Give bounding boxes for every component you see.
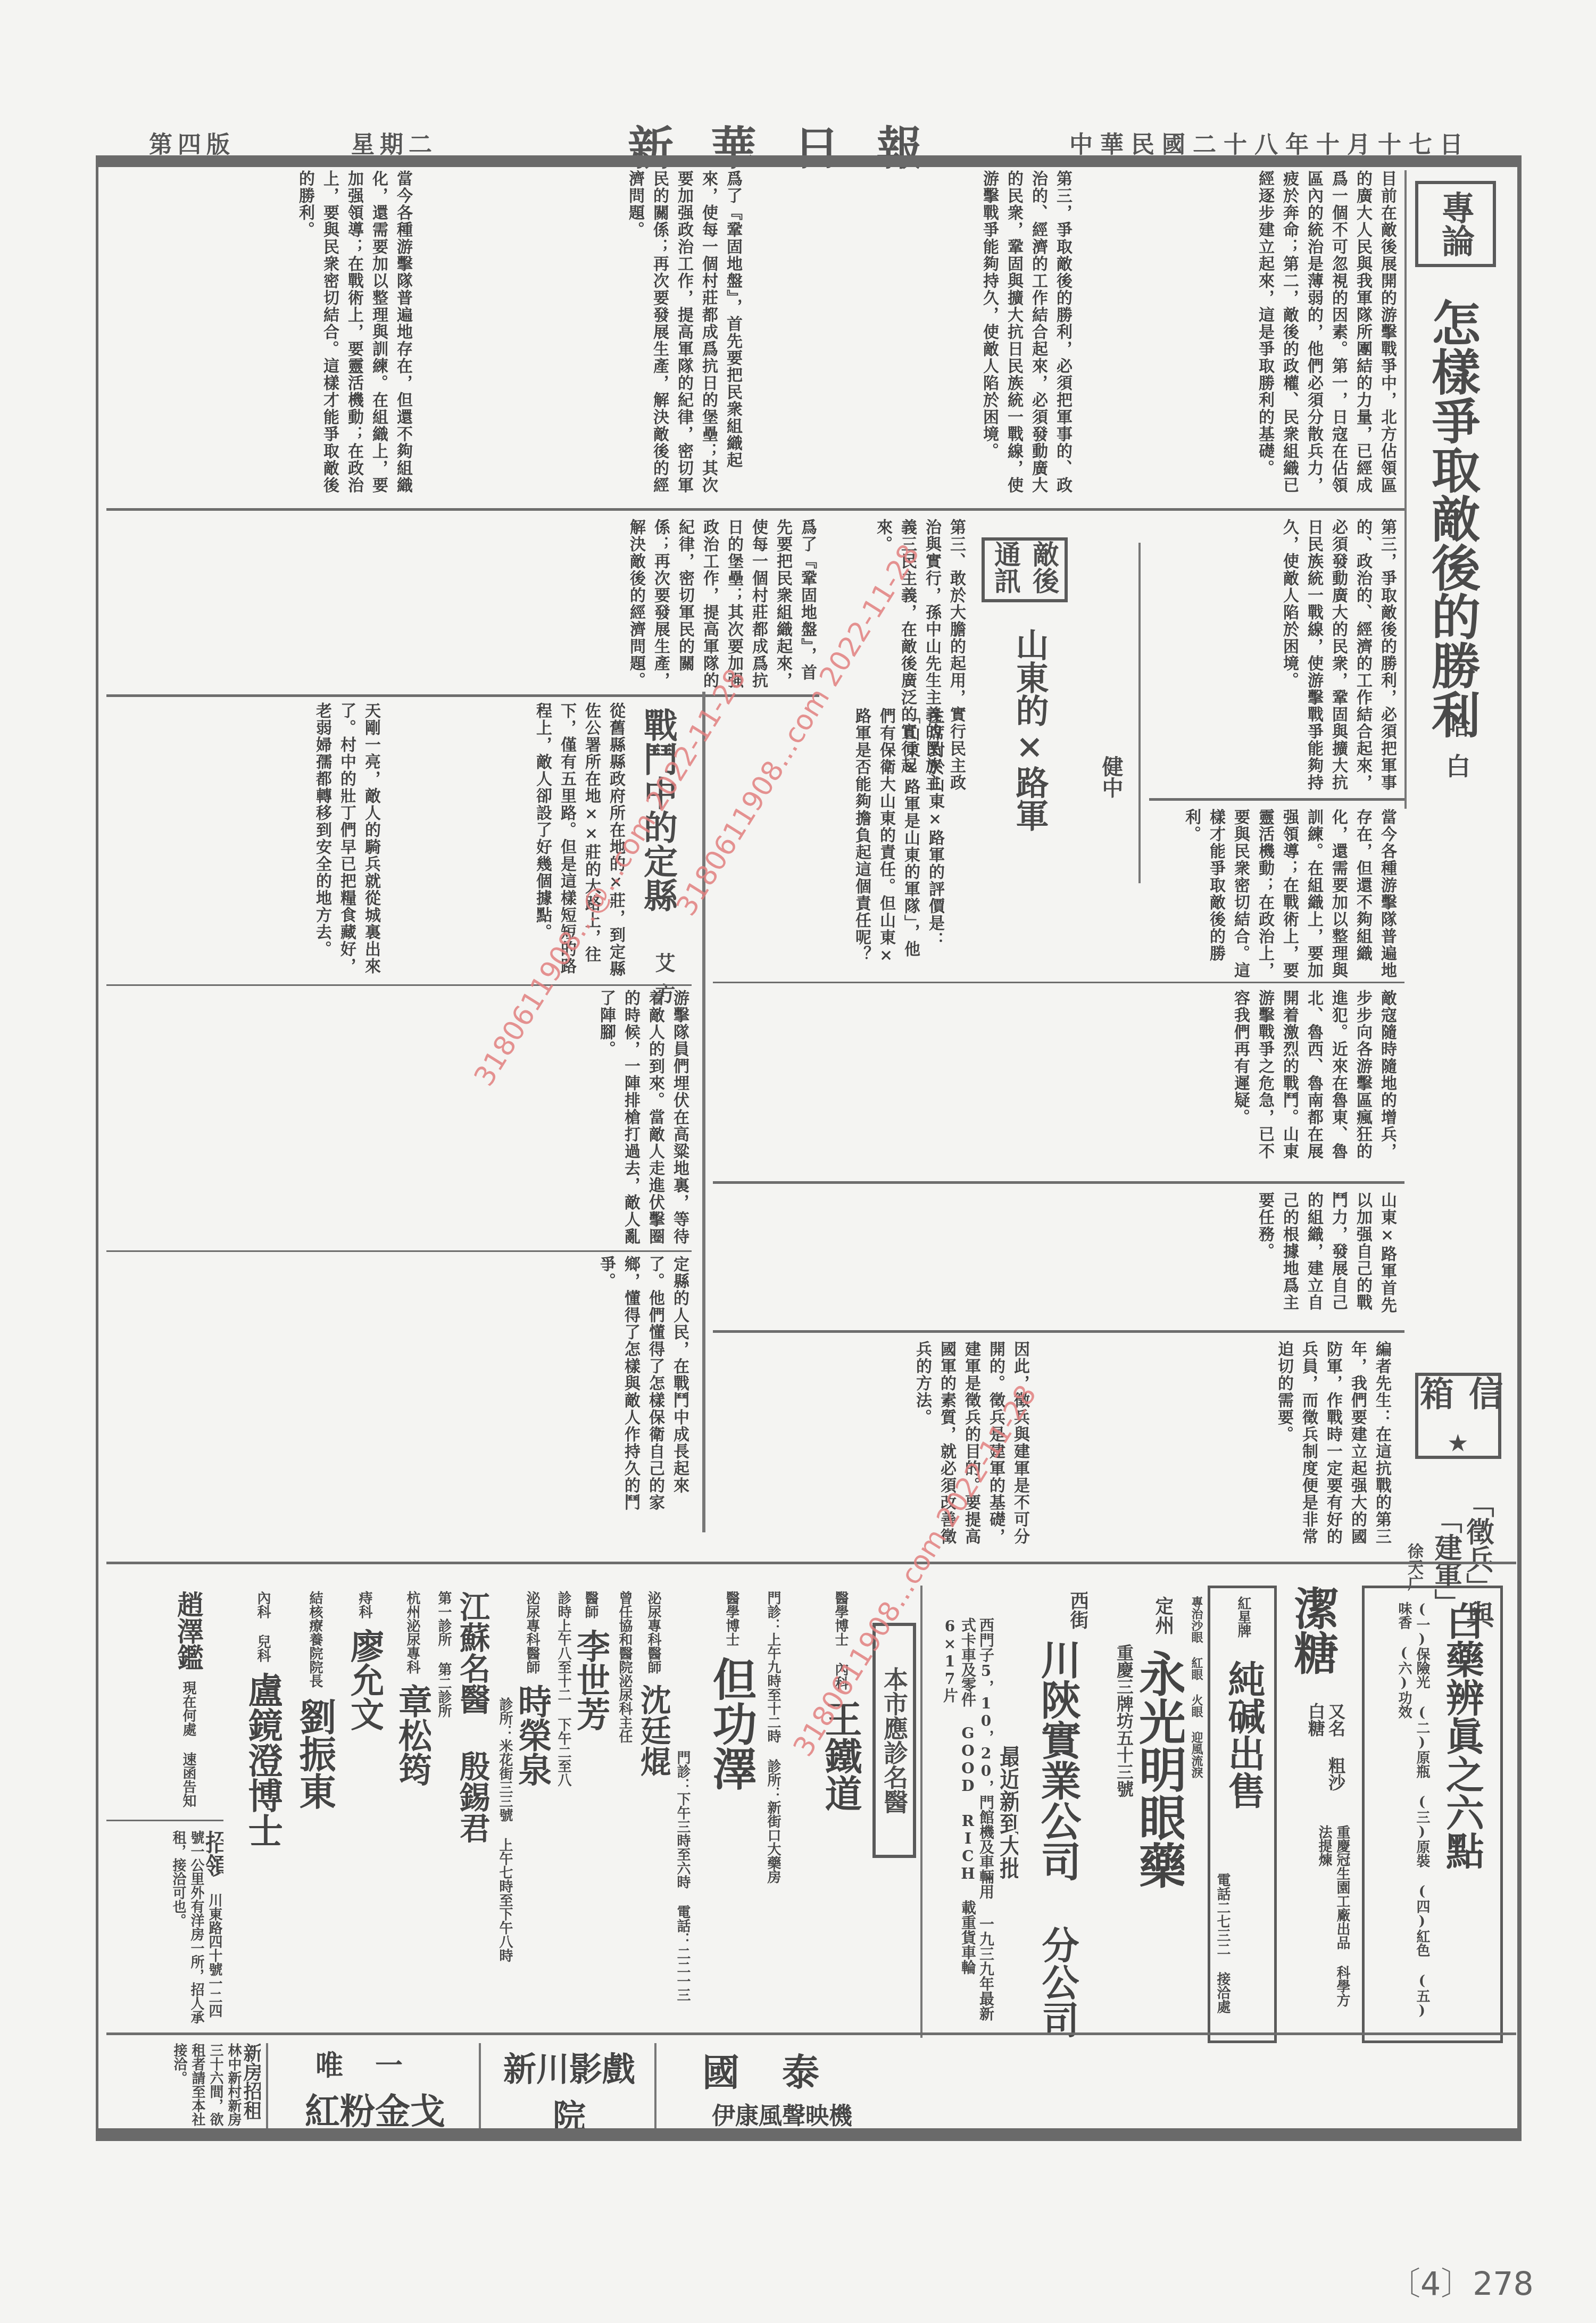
ads-divider-3 [479,2043,481,2128]
ad-ss-addr: 重慶三牌坊五十三號 [1112,1644,1133,1910]
ad-lipstick: 唯一 紅粉金戈 [277,2043,473,2128]
physician-note: 診時上午八至十二 下午二至八 [553,1591,572,2017]
physician-ad: 江蘇名醫 殷錫君 [452,1591,489,2017]
header-rule [96,155,1522,167]
ad-ss-name: 川陝實業公司 [1032,1639,1083,1881]
ads-divider-4 [266,2043,268,2128]
correspondence-body-4: 山東×路軍首先以加强自己的戰鬥力，發展自己的組織，建立自己的根據地爲主要任務。 [713,1192,1399,1325]
ad-projector: 國泰 伊康風聲映機 [665,2043,899,2128]
correspondence-body-3: 敵寇隨時隨地的增兵，步步向各游擊區瘋狂的進犯。近來在魯東、魯北、魯西、魯南都在展… [713,990,1399,1171]
rental-body: 林中新村新房三十六間，欲租者請至本社接洽。 [171,2043,242,2126]
mailbox-author: 徐天广 [1402,1543,1425,1591]
projector-product: 伊康風聲映機 [665,2097,899,2128]
editorial-body-5: 爲了『鞏固地盤』，首先要把民衆組織起來，使每一個村莊都成爲抗日的堡壘；其次要加强… [106,519,819,694]
physician-name: 江蘇名醫 殷錫君 [454,1591,489,1843]
physician-list: 醫學博士 內科 王鐵道 門診：上午九時至十二時 診所：新街口大藥房 醫學博士 但… [223,1591,862,2027]
missing-name: 趙澤鑑 [173,1591,204,1671]
physician-note: 診所：米花街三三號 上午七時至下午八時 [495,1697,514,2017]
star-icon: ★ [1446,1431,1471,1456]
correspondence-body-2: 主席對於山東×路軍的評價是：「山東×路軍是山東的軍隊」，他們有保衛大山東的責任。… [713,708,947,974]
ad-ss-branch: 分公司 [1032,1926,1083,2038]
corr-rule-0 [713,982,1404,983]
correspondence-title: 山東的×路軍 [1011,628,1048,832]
editorial-body-3: 爲了『鞏固地盤』，首先要把民衆組織起來，使每一個村莊都成爲抗日的堡壘；其次要加强… [426,170,745,500]
page-number: 〔4〕278 [1389,2259,1534,2304]
ad-soda-note: 電話二七三二 接洽處 [1210,1873,1232,2032]
physician-ad: 醫學博士 但功澤 [692,1591,755,2017]
ad-eyedrops-origin: 定州 [1154,1596,1173,1635]
feature-rule-1 [106,984,692,986]
ads-mid-rule [106,2032,1516,2035]
feature-body-1: 從舊縣縣政府所在地的×莊，到定縣佐公署所在地××莊的大路上，往下，僅有五里路。但… [394,702,628,979]
physician-ad: 泌尿專科醫師 時榮泉 [513,1591,551,2017]
physician-note: 第一診所 第二診所 [434,1591,453,2017]
masthead: 新華日報 [628,112,960,178]
physician-name: 章松筠 [394,1684,431,1786]
ad-recruit: 招領 川東路四十號一二四號一公里外有洋房一所，招人承租，接洽可也。 [106,1830,223,2027]
lipstick-name: 紅粉金戈 [277,2083,473,2128]
physician-note: 門診：上午九時至十二時 診所：新街口大藥房 [761,1591,782,2017]
physician-name: 但功澤 [705,1656,755,1790]
footer-rule [96,2128,1522,2141]
physician-ad: 醫師 李世芳 [572,1591,609,2017]
physician-title: 結核療養院院長 [307,1591,323,1688]
ads-divider-1 [920,1586,922,2038]
ad-cinema: 新川影戲院 啓事 [489,2043,649,2128]
edition-label: 第四版 [149,126,235,160]
ad-baiyao-note: (一)保險光 (二)原瓶 (三)原裝 (四)紅色 (五)味香 (六)功效 [1373,1602,1431,2027]
physician-name: 盧鏡澄博士 [242,1672,282,1848]
editorial-title: 怎樣爭取敵後的勝利 [1426,298,1479,739]
ad-eyedrops-note: 專治沙眼 紅眼 火眼 迎風流淚 [1186,1596,1206,2022]
editorial-body-6: 當今各種游擊隊普遍地存在，但還不夠組織化，還需要加以整理與訓練。在組織上，要加强… [958,809,1399,979]
ad-sugar-alias: 又名 粗沙 白糖 [1287,1703,1346,1809]
feature-body-4: 定縣的人民，在戰鬥中成長起來了。他們懂得了怎樣保衛自己的家鄉，懂得了怎樣與敵人作… [106,1256,692,1522]
missing-note: 現在何處 速函告知 [180,1681,196,1807]
physician-title: 泌尿專科醫師 [645,1591,661,1674]
physician-title: 醫學博士 [724,1591,739,1646]
corr-rule-1 [713,1181,1404,1184]
ad-eyedrops-name: 永光明眼藥 [1133,1649,1184,1889]
editorial-label: 專論 [1415,181,1496,267]
physician-name: 李世芳 [572,1629,609,1731]
weekday-label: 星期二 [351,126,437,160]
editorial-author: 哈白 [1439,713,1474,794]
feature-divider [702,692,705,1532]
projector-brand: 國泰 [665,2043,899,2097]
ad-sugar-name: 潔糖 [1287,1586,1339,1675]
page-border-left [96,155,98,2135]
page-border-right [1517,155,1522,2135]
mailbox-label: 信箱 ★ [1415,1373,1501,1459]
ads-divider-2 [654,2043,656,2128]
feature-rule-2 [106,1250,692,1252]
physician-title: 醫師 [583,1591,598,1619]
editorial-divider [1404,170,1407,809]
physician-ad: 結核療養院院長 劉振東 [293,1591,335,2017]
editorial-body-4: 當今各種游擊隊普遍地存在，但還不夠組織化，還需要加以整理與訓練。在組織上，要加强… [106,170,415,500]
correspondence-author: 健中 [1096,756,1126,798]
corr-rule-2 [713,1330,1404,1333]
physician-title: 泌尿專科醫師 [524,1591,540,1674]
recruit-rule [106,1820,223,1821]
band-rule-1 [106,508,1404,511]
ad-missing-person: 趙澤鑑 現在何處 速函告知 [128,1591,207,1814]
ads-top-rule [106,1562,1516,1564]
ad-soda-brand: 紅星牌 [1234,1596,1252,1638]
physician-ad: 泌尿專科醫師 沈廷焜 [633,1591,670,2017]
rental-title: 新房招租 [240,2043,261,2120]
physician-name: 劉振東 [293,1698,335,1810]
physician-ad: 杭州泌尿專科 章松筠 [394,1591,431,2017]
correspondence-label: 敵後通訊 [982,537,1068,602]
physician-title: 杭州泌尿專科 [404,1591,420,1674]
ad-soda-name: 純碱出售 [1218,1660,1269,1809]
physician-title: 內科 兒科 [255,1591,271,1662]
feature-body-2: 天剛一亮，敵人的騎兵就從城裏出來了。村中的壯丁們早已把糧食藏好，老弱婦孺都轉移到… [106,702,383,979]
ad-rental: 新房招租 林中新村新房三十六間，欲租者請至本社接洽。 [106,2043,261,2128]
ad-sugar-note: 重慶冠生園工廠出品 科學方法提煉 [1287,1825,1351,2017]
ad-ss-note: 西門子5，10，20，門館機及車輛用 一九三九年最新式卡車及零件 GOOD RI… [931,1617,995,2022]
physician-name: 時榮泉 [513,1684,551,1786]
feature-body-3: 游擊隊員們埋伏在高粱地裏，等待着敵人的到來。當敵人走進伏擊圈的時候，一陣排槍打過… [106,990,692,1245]
physician-ad: 內科 兒科 盧鏡澄博士 [239,1591,282,2017]
ad-ss-tag: 最近新到大批 [1000,1745,1018,1879]
band-rule-2b [1149,798,1404,801]
physician-name: 沈廷焜 [635,1684,670,1777]
physician-note: 門診：下午三時至六時 電話：二二一三 [670,1750,692,2017]
date-label: 中華民國二十八年十月十七日 [1069,126,1470,160]
lipstick-prefix: 唯一 [277,2043,473,2083]
physician-title: 痔科 [356,1591,372,1619]
physician-name: 廖允文 [346,1629,383,1731]
recruit-label: 招領 [201,1830,223,1877]
cinema-name: 新川影戲院 [489,2043,649,2128]
editorial-body-2: 第三，爭取敵後的勝利，必須把軍事的、政治的、經濟的工作結合起來，必須發動廣大的民… [755,170,1075,500]
editorial-body-cont: 第三，爭取敵後的勝利，必須把軍事的、政治的、經濟的工作結合起來，必須發動廣大的民… [1154,519,1399,795]
mailbox-body-1: 編者先生：在這抗戰的第三年，我們要建立起强大的國防軍，作戰時一定要有好的兵員，而… [1043,1341,1394,1554]
mailbox-label-text: 信箱 [1409,1376,1507,1431]
editorial-body-1: 目前在敵後展開的游擊戰爭中，北方佔領區的廣大人民與我軍隊所團結的力量，已經成爲一… [1085,170,1399,500]
physician-ad: 痔科 廖允文 [346,1591,383,2017]
physician-note: 曾任協和醫院泌尿科主任 [614,1591,634,2017]
ad-baiyao-title: 白藥辨眞之六點 [1436,1602,1487,2027]
ad-ss-area: 西街 [1069,1591,1087,1629]
